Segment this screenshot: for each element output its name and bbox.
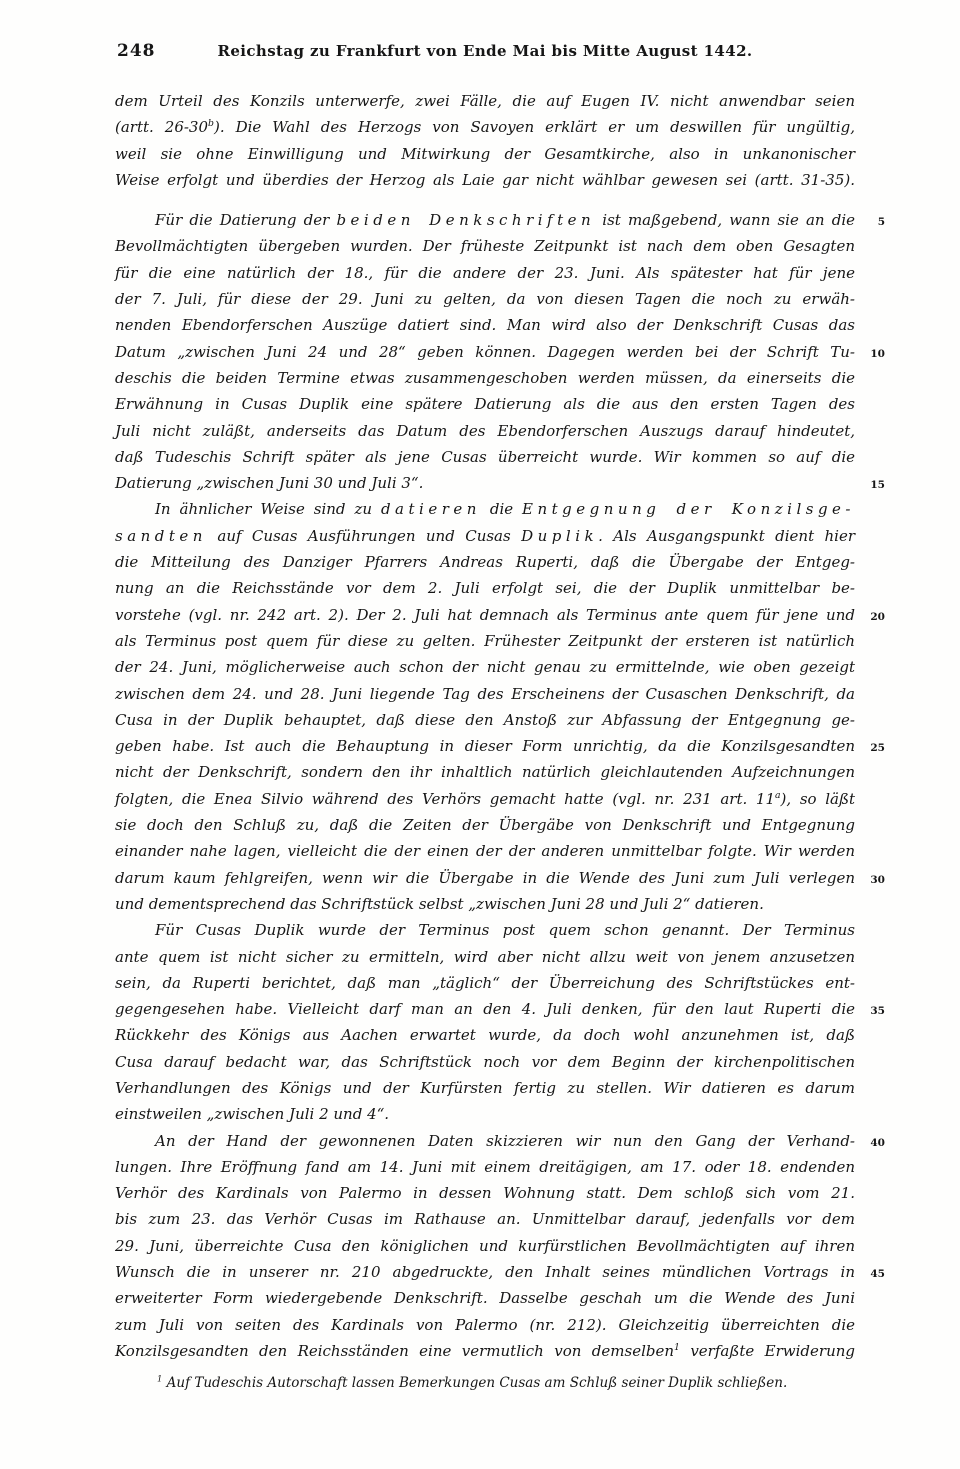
text-line: einander nahe lagen, vielleicht die der … [115, 838, 855, 864]
footnote: 1 Auf Tudeschis Autorschaft lassen Bemer… [115, 1373, 817, 1394]
text-segment: und dementsprechend das Schriftstück sel… [115, 895, 764, 913]
text-line: Datum „zwischen Juni 24 und 28“ geben kö… [115, 339, 855, 365]
text-line: vorstehe (vgl. nr. 242 art. 2). Der 2. J… [115, 602, 855, 628]
text-segment: lungen. Ihre Eröffnung fand am 14. Juni … [115, 1158, 855, 1176]
text-segment: folgten, die Enea Silvio während des Ver… [115, 790, 775, 808]
text-segment: sandten [115, 527, 207, 545]
paragraph: In ähnlicher Weise sind zu datieren die … [115, 496, 855, 917]
margin-line-number: 30 [870, 867, 885, 893]
text-line: weil sie ohne Einwilligung und Mitwirkun… [115, 141, 855, 167]
text-segment: zwischen dem 24. und 28. Juni liegende T… [115, 685, 855, 703]
text-segment: Datum „zwischen Juni 24 und 28“ geben kö… [115, 343, 855, 361]
text-segment: Weise erfolgt und überdies der Herzog al… [115, 171, 855, 189]
text-segment: Rückkehr des Königs aus Aachen erwartet … [115, 1026, 855, 1044]
text-line: Erwähnung in Cusas Duplik eine spätere D… [115, 391, 855, 417]
text-line: erweiterter Form wiedergebende Denkschri… [115, 1285, 855, 1311]
text-segment: auf Cusas Ausführungen und Cusas [207, 527, 521, 545]
text-line: Für Cusas Duplik wurde der Terminus post… [115, 917, 855, 943]
text-segment: darum kaum fehlgreifen, wenn wir die Übe… [115, 869, 855, 887]
text-line: folgten, die Enea Silvio während des Ver… [115, 786, 855, 812]
text-segment: der 7. Juli, für diese der 29. Juni zu g… [115, 290, 855, 308]
text-line: Wunsch die in unserer nr. 210 abgedruckt… [115, 1259, 855, 1285]
text-segment: ist maßgebend, wann sie an die [595, 211, 855, 229]
text-segment: ante quem ist nicht sicher zu ermitteln,… [115, 948, 855, 966]
text-segment: Wunsch die in unserer nr. 210 abgedruckt… [115, 1263, 855, 1281]
text-segment: Datierung „zwischen Juni 30 und Juli 3“. [115, 474, 423, 492]
running-title: Reichstag zu Frankfurt von Ende Mai bis … [115, 40, 855, 60]
text-line: sein, da Ruperti berichtet, daß man „täg… [115, 970, 855, 996]
text-segment: verfaßte Erwiderung [680, 1342, 855, 1360]
page-body: dem Urteil des Konzils unterwerfe, zwei … [115, 88, 855, 1394]
text-segment: ). Die Wahl des Herzogs von Savoyen erkl… [214, 118, 855, 136]
text-line: einstweilen „zwischen Juli 2 und 4“. [115, 1101, 855, 1127]
text-segment: Cusa in der Duplik behauptet, daß diese … [115, 711, 855, 729]
text-line: bis zum 23. das Verhör Cusas im Rathause… [115, 1206, 855, 1232]
margin-line-number: 25 [870, 735, 885, 761]
margin-line-number: 20 [870, 604, 885, 630]
text-line: die Mitteilung des Danziger Pfarrers And… [115, 549, 855, 575]
text-segment: Bevollmächtigten übergeben wurden. Der f… [115, 237, 855, 255]
text-line: deschis die beiden Termine etwas zusamme… [115, 365, 855, 391]
text-segment: Für die Datierung der [155, 211, 336, 229]
text-line: Cusa darauf bedacht war, das Schriftstüc… [115, 1049, 855, 1075]
text-segment: als Terminus post quem für diese zu gelt… [115, 632, 855, 650]
text-segment: daß Tudeschis Schrift später als jene Cu… [115, 448, 855, 466]
text-segment: Cusa darauf bedacht war, das Schriftstüc… [115, 1053, 855, 1071]
footnote-text: Auf Tudeschis Autorschaft lassen Bemerku… [162, 1375, 787, 1391]
text-line: geben habe. Ist auch die Behauptung in d… [115, 733, 855, 759]
text-segment: gegengesehen habe. Vielleicht darf man a… [115, 1000, 855, 1018]
text-segment: Erwähnung in Cusas Duplik eine spätere D… [115, 395, 855, 413]
text-line: Verhör des Kardinals von Palermo in dess… [115, 1180, 855, 1206]
paragraph: Für Cusas Duplik wurde der Terminus post… [115, 917, 855, 1127]
text-line: dem Urteil des Konzils unterwerfe, zwei … [115, 88, 855, 114]
text-segment: ), so läßt [781, 790, 855, 808]
margin-line-number: 35 [870, 998, 885, 1024]
text-segment: für die eine natürlich der 18., für die … [115, 264, 855, 282]
text-segment: . Als Ausgangspunkt dient hier [598, 527, 855, 545]
text-segment: einander nahe lagen, vielleicht die der … [115, 842, 855, 860]
text-segment: nung an die Reichsstände vor dem 2. Juli… [115, 579, 855, 597]
text-line: Weise erfolgt und überdies der Herzog al… [115, 167, 855, 193]
text-line: der 7. Juli, für diese der 29. Juni zu g… [115, 286, 855, 312]
text-line: Cusa in der Duplik behauptet, daß diese … [115, 707, 855, 733]
text-line: daß Tudeschis Schrift später als jene Cu… [115, 444, 855, 470]
text-line: sie doch den Schluß zu, daß die Zeiten d… [115, 812, 855, 838]
text-line: An der Hand der gewonnenen Daten skizzie… [115, 1128, 855, 1154]
text-segment: Für Cusas Duplik wurde der Terminus post… [155, 921, 855, 939]
text-segment: bis zum 23. das Verhör Cusas im Rathause… [115, 1210, 855, 1228]
text-line: der 24. Juni, möglicherweise auch schon … [115, 654, 855, 680]
text-line: nicht der Denkschrift, sondern den ihr i… [115, 759, 855, 785]
text-segment: vorstehe (vgl. nr. 242 art. 2). Der 2. J… [115, 606, 855, 624]
text-segment: dem Urteil des Konzils unterwerfe, zwei … [115, 92, 855, 110]
text-line: zwischen dem 24. und 28. Juni liegende T… [115, 681, 855, 707]
text-segment: 29. Juni, überreichte Cusa den königlich… [115, 1237, 855, 1255]
text-segment: der 24. Juni, möglicherweise auch schon … [115, 658, 855, 676]
text-line: sandten auf Cusas Ausführungen und Cusas… [115, 523, 855, 549]
text-segment: einstweilen „zwischen Juli 2 und 4“. [115, 1105, 389, 1123]
text-line: ante quem ist nicht sicher zu ermitteln,… [115, 944, 855, 970]
text-segment: Verhör des Kardinals von Palermo in dess… [115, 1184, 855, 1202]
margin-line-number: 10 [870, 341, 885, 367]
margin-line-number: 45 [870, 1261, 885, 1287]
text-line: für die eine natürlich der 18., für die … [115, 260, 855, 286]
page-number: 248 [117, 41, 156, 61]
text-line: Verhandlungen des Königs und der Kurfürs… [115, 1075, 855, 1101]
margin-line-number: 5 [878, 209, 885, 235]
margin-line-number: 15 [870, 472, 885, 498]
text-line: und dementsprechend das Schriftstück sel… [115, 891, 855, 917]
text-segment: beiden Denkschriften [336, 211, 595, 229]
text-segment: sie doch den Schluß zu, daß die Zeiten d… [115, 816, 855, 834]
text-line: Bevollmächtigten übergeben wurden. Der f… [115, 233, 855, 259]
text-segment: Entgegnung der Konzilsge- [522, 500, 855, 518]
paragraph: dem Urteil des Konzils unterwerfe, zwei … [115, 88, 855, 193]
text-segment: geben habe. Ist auch die Behauptung in d… [115, 737, 855, 755]
text-line: (artt. 26-30b). Die Wahl des Herzogs von… [115, 114, 855, 140]
text-line: 29. Juni, überreichte Cusa den königlich… [115, 1233, 855, 1259]
text-line: als Terminus post quem für diese zu gelt… [115, 628, 855, 654]
text-segment: nicht der Denkschrift, sondern den ihr i… [115, 763, 855, 781]
book-page: 248 Reichstag zu Frankfurt von Ende Mai … [0, 0, 960, 1469]
text-line: Datierung „zwischen Juni 30 und Juli 3“.… [115, 470, 855, 496]
text-segment: die [481, 500, 522, 518]
text-segment: Juli nicht zuläßt, anderseits das Datum … [115, 422, 855, 440]
text-line: Für die Datierung der beiden Denkschrift… [115, 207, 855, 233]
text-segment: deschis die beiden Termine etwas zusamme… [115, 369, 855, 387]
text-line: Rückkehr des Königs aus Aachen erwartet … [115, 1022, 855, 1048]
text-line: Konzilsgesandten den Reichsständen eine … [115, 1338, 855, 1364]
text-segment: Duplik [521, 527, 598, 545]
text-line: zum Juli von seiten des Kardinals von Pa… [115, 1312, 855, 1338]
text-segment: (artt. 26-30 [115, 118, 208, 136]
text-line: gegengesehen habe. Vielleicht darf man a… [115, 996, 855, 1022]
text-segment: die Mitteilung des Danziger Pfarrers And… [115, 553, 855, 571]
text-line: In ähnlicher Weise sind zu datieren die … [115, 496, 855, 522]
text-segment: In ähnlicher Weise sind zu [155, 500, 381, 518]
text-segment: datieren [381, 500, 481, 518]
paragraph: An der Hand der gewonnenen Daten skizzie… [115, 1128, 855, 1365]
text-line: lungen. Ihre Eröffnung fand am 14. Juni … [115, 1154, 855, 1180]
text-segment: Konzilsgesandten den Reichsständen eine … [115, 1342, 674, 1360]
paragraph: Für die Datierung der beiden Denkschrift… [115, 207, 855, 496]
text-segment: sein, da Ruperti berichtet, daß man „täg… [115, 974, 855, 992]
text-segment: nenden Ebendorferschen Auszüge datiert s… [115, 316, 855, 334]
text-segment: weil sie ohne Einwilligung und Mitwirkun… [115, 145, 855, 163]
text-line: darum kaum fehlgreifen, wenn wir die Übe… [115, 865, 855, 891]
text-line: Juli nicht zuläßt, anderseits das Datum … [115, 418, 855, 444]
text-line: nenden Ebendorferschen Auszüge datiert s… [115, 312, 855, 338]
text-line: nung an die Reichsstände vor dem 2. Juli… [115, 575, 855, 601]
text-segment: erweiterter Form wiedergebende Denkschri… [115, 1289, 855, 1307]
text-segment: An der Hand der gewonnenen Daten skizzie… [155, 1132, 855, 1150]
running-head: 248 Reichstag zu Frankfurt von Ende Mai … [115, 40, 855, 64]
text-segment: Verhandlungen des Königs und der Kurfürs… [115, 1079, 855, 1097]
margin-line-number: 40 [870, 1130, 885, 1156]
text-segment: zum Juli von seiten des Kardinals von Pa… [115, 1316, 855, 1334]
